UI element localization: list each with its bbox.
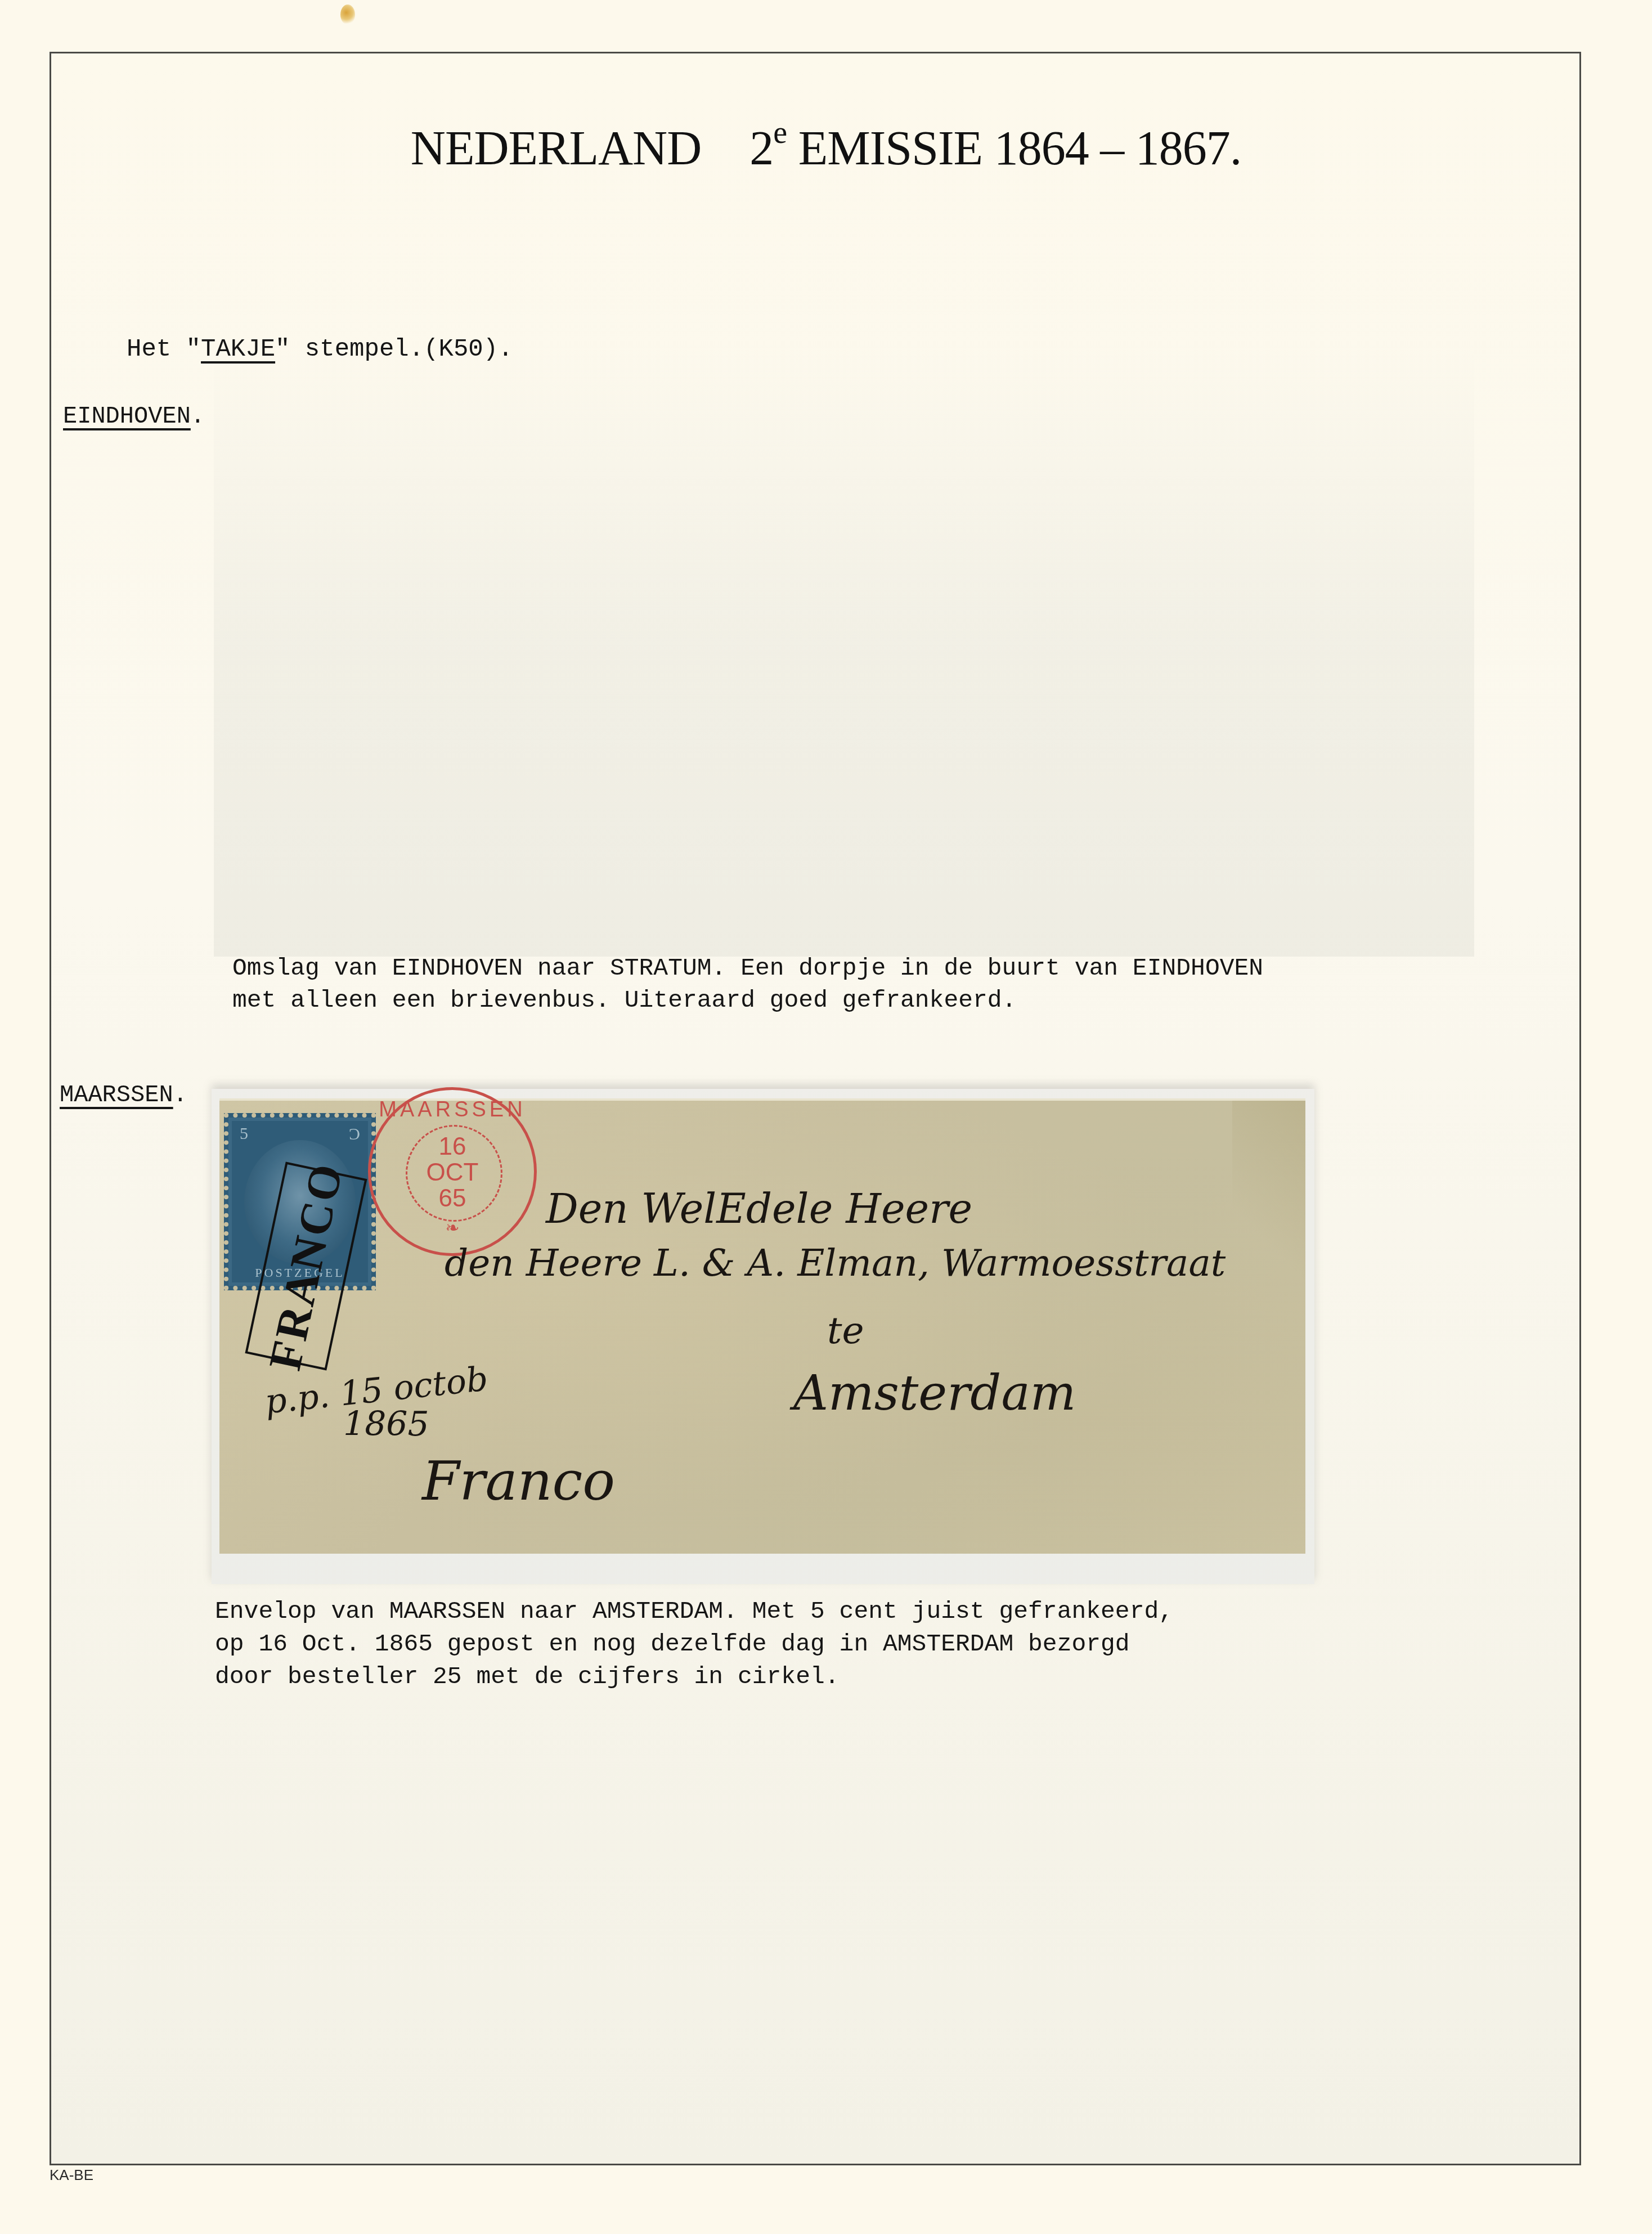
postmark-day: 16	[371, 1133, 534, 1161]
caption-eindhoven: Omslag van EINDHOVEN naar STRATUM. Een d…	[232, 952, 1263, 1016]
subheading-takje: TAKJE	[201, 335, 275, 364]
envelope-maarssen: 5 C POSTZEGEL FRANCO MAARSSEN 16 OCT 65 …	[219, 1098, 1305, 1554]
caption-line: Envelop van MAARSSEN naar AMSTERDAM. Met…	[215, 1595, 1173, 1628]
address-line-2: den Heere L. & A. Elman, Warmoesstraat	[445, 1241, 1225, 1285]
address-city: Amsterdam	[793, 1365, 1076, 1421]
section-heading-maarssen: MAARSSEN.	[60, 1082, 187, 1109]
page-title: NEDERLAND2e EMISSIE 1864 – 1867.	[0, 119, 1652, 176]
subheading-suffix: " stempel.(K50).	[275, 335, 513, 364]
empty-mount-area	[214, 349, 1474, 957]
title-ordinal-sup: e	[773, 115, 787, 150]
franco-handwritten: Franco	[422, 1450, 615, 1513]
page-footer-mark: KA-BE	[50, 2166, 93, 2184]
laurel-ornament-icon: ❧	[371, 1218, 534, 1238]
stamp-currency: C	[349, 1124, 360, 1143]
caption-line: Omslag van EINDHOVEN naar STRATUM. Een d…	[232, 952, 1263, 984]
postmark-town: MAARSSEN	[371, 1098, 534, 1122]
caption-maarssen: Envelop van MAARSSEN naar AMSTERDAM. Met…	[215, 1595, 1173, 1693]
town-suffix: .	[173, 1082, 187, 1109]
address-line-1: Den WelEdele Heere	[546, 1185, 972, 1232]
title-emission: EMISSIE 1864 – 1867.	[798, 121, 1241, 175]
address-line-3: te	[827, 1309, 864, 1352]
postmark-year: 65	[371, 1185, 534, 1213]
section-heading-eindhoven: EINDHOVEN.	[63, 403, 205, 430]
postmark-circle: MAARSSEN 16 OCT 65 ❧	[368, 1087, 537, 1256]
subheading-prefix: Het "	[127, 335, 201, 364]
year-note: 1865	[343, 1405, 429, 1444]
town-suffix: .	[191, 403, 205, 430]
paper-stain	[340, 5, 355, 25]
title-ordinal: 2	[749, 121, 773, 175]
caption-line: door besteller 25 met de cijfers in cirk…	[215, 1661, 1173, 1693]
caption-line: met alleen een brievenbus. Uiteraard goe…	[232, 984, 1263, 1016]
caption-line: op 16 Oct. 1865 gepost en nog dezelfde d…	[215, 1628, 1173, 1661]
title-country: NEDERLAND	[411, 121, 702, 175]
postmark-month: OCT	[371, 1159, 534, 1187]
envelope-flap-fold	[1232, 1101, 1305, 1286]
town-name: EINDHOVEN	[63, 403, 191, 430]
page-subheading: Het "TAKJE" stempel.(K50).	[127, 335, 513, 364]
town-name: MAARSSEN	[60, 1082, 173, 1109]
stamp-value: 5	[240, 1124, 248, 1143]
